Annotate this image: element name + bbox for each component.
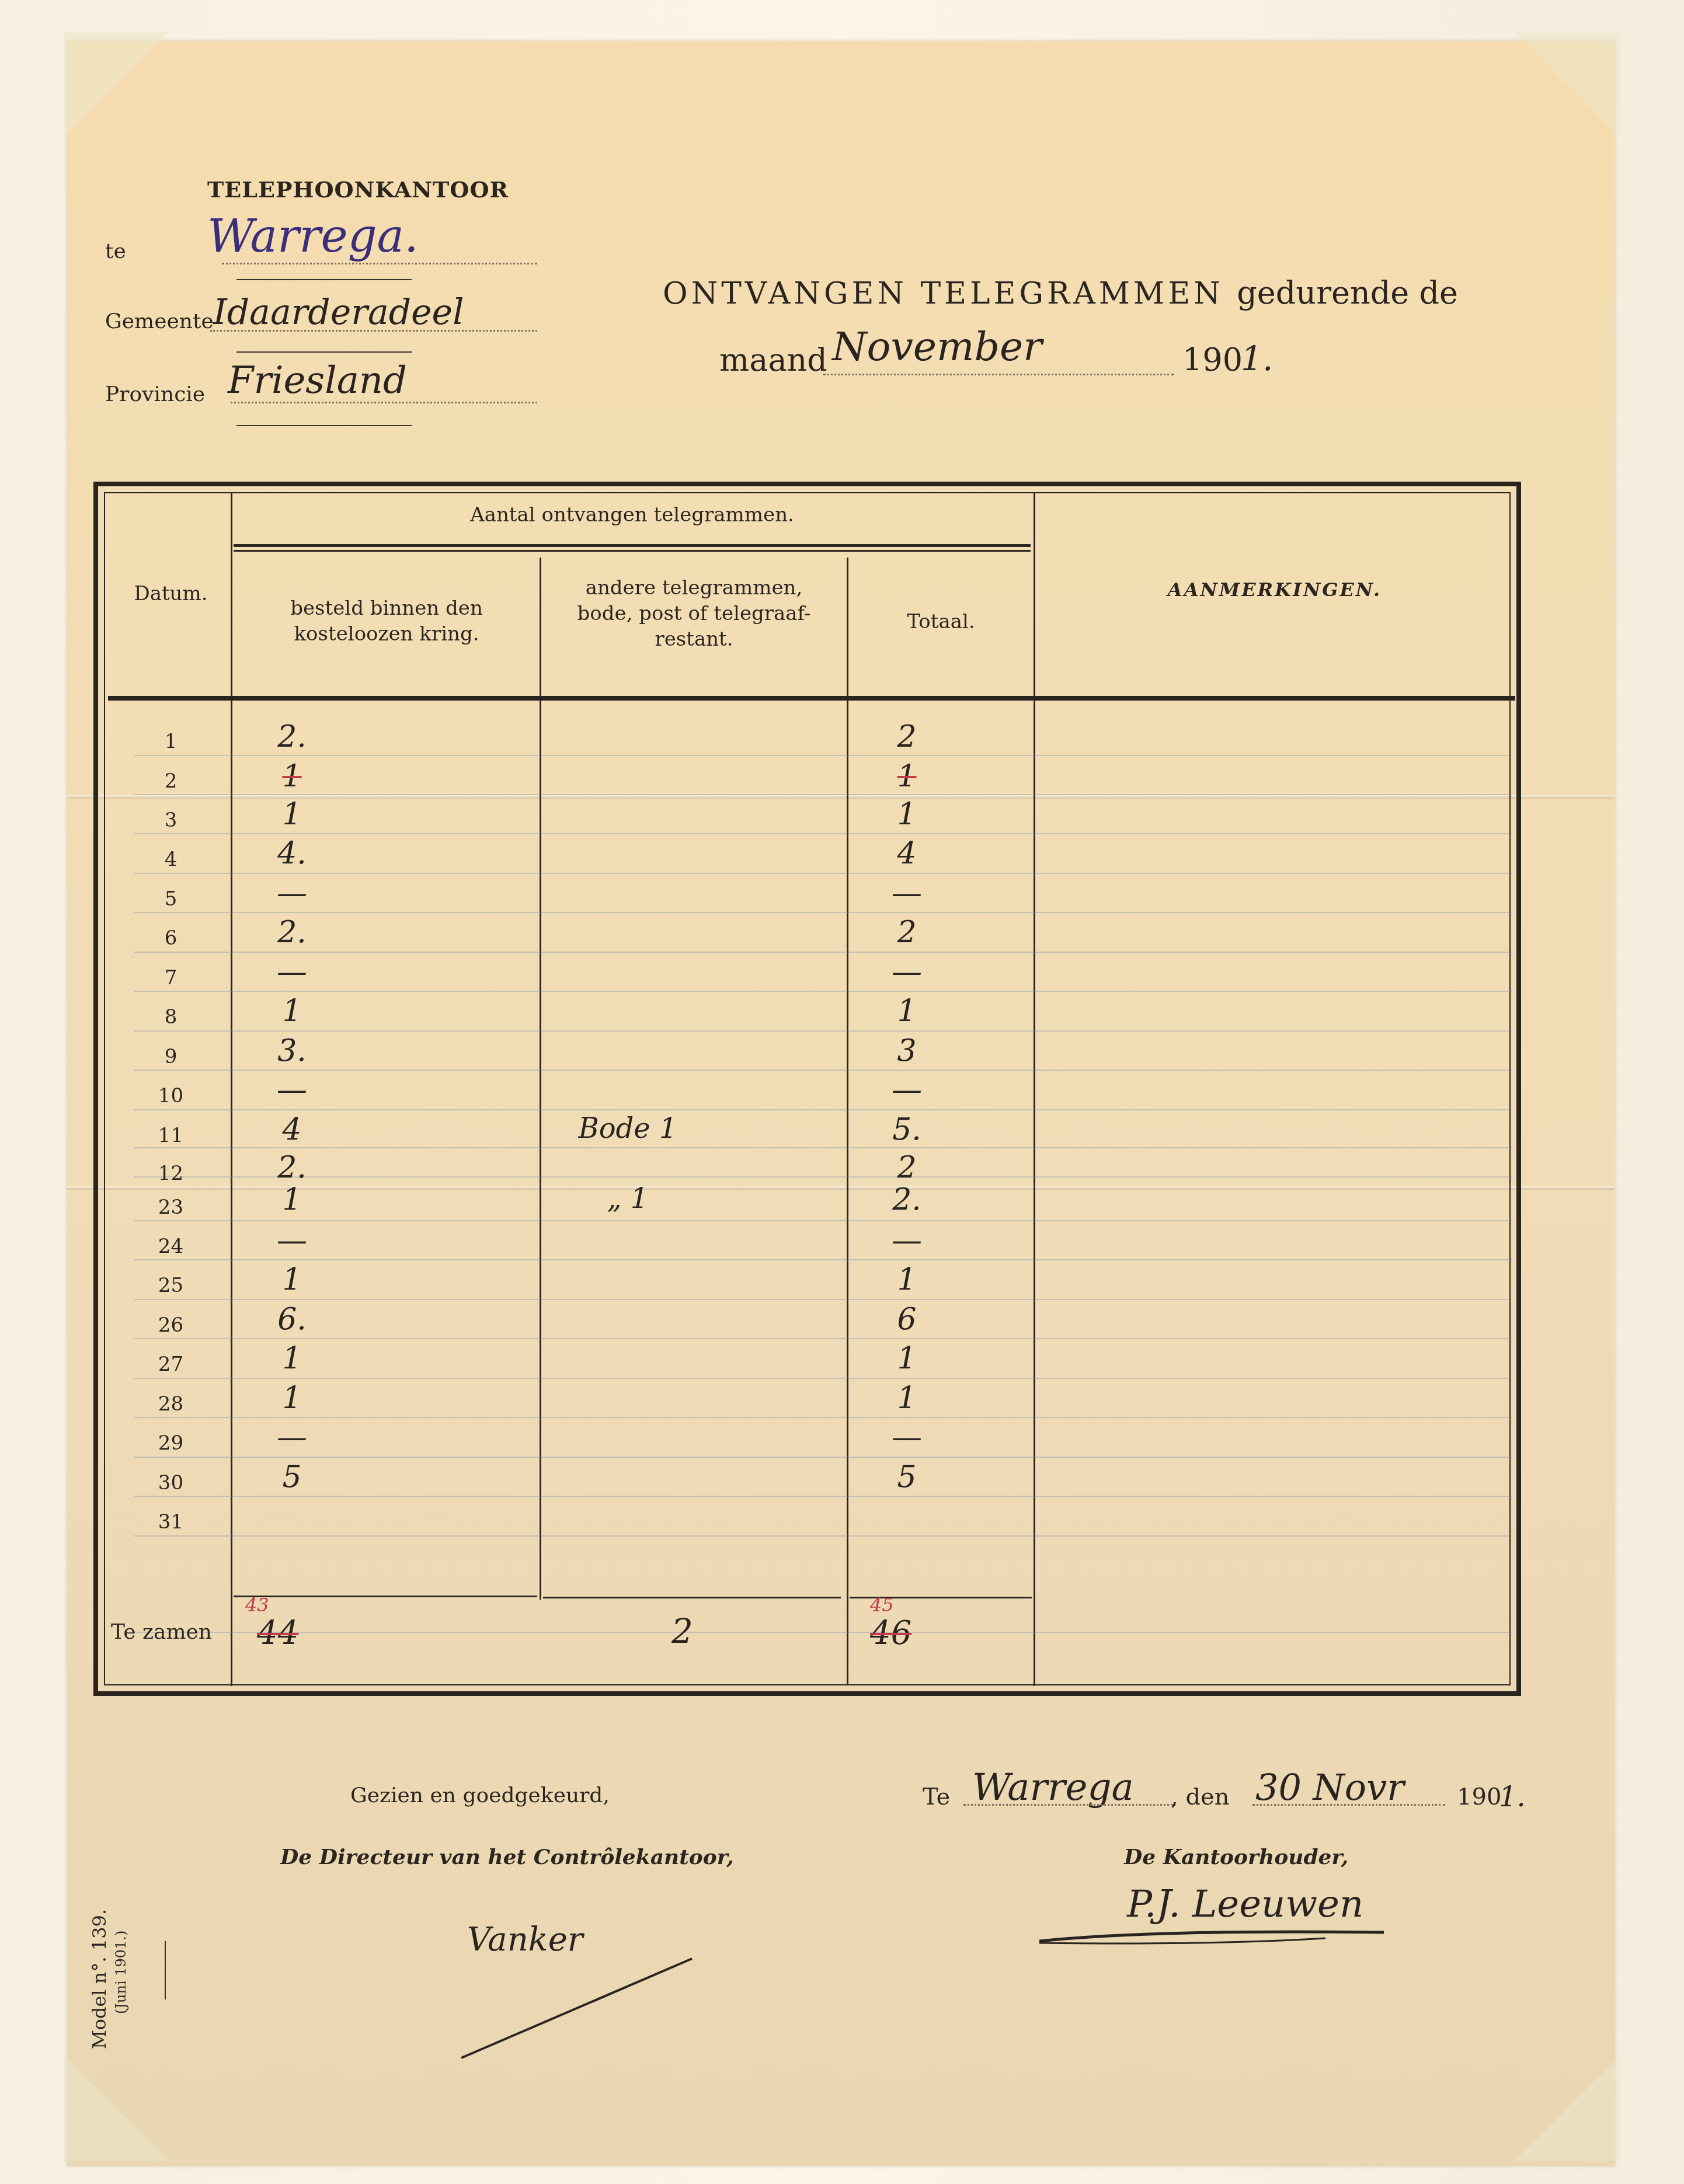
besteld-cell: 1: [234, 1381, 350, 1416]
totaal-cell: 4: [848, 836, 965, 871]
datum-cell: 2: [111, 769, 231, 793]
besteld-cell: 5: [234, 1460, 350, 1495]
ruled-line: [134, 1457, 1512, 1458]
separator-rule: [236, 425, 412, 426]
totaal-cell: 1: [848, 1262, 965, 1297]
totaal-cell: —: [848, 1420, 965, 1455]
ruled-line: [134, 1632, 1512, 1633]
datum-cell: 27: [111, 1353, 231, 1376]
provincie-label: Provincie: [105, 382, 205, 406]
datum-cell: 23: [111, 1196, 231, 1219]
col-header-andere-line2: bode, post of telegraaf-: [541, 601, 847, 626]
separator-rule: [236, 351, 412, 353]
besteld-cell: 2.: [234, 915, 350, 950]
col-header-totaal: Totaal.: [848, 609, 1034, 635]
totals-rule: [234, 1596, 537, 1597]
col-header-andere: andere telegrammen, bode, post of telegr…: [541, 575, 847, 653]
totaal-total-original: 46: [870, 1614, 911, 1652]
totaal-cell: 2: [848, 915, 965, 950]
ruled-line: [134, 1496, 1512, 1497]
ruled-line: [134, 1109, 1512, 1110]
totaal-cell: 2.: [848, 1182, 965, 1217]
ruled-line: [134, 873, 1512, 874]
date-value: 30 Novr: [1255, 1766, 1404, 1809]
totaal-cell: 1: [848, 994, 965, 1029]
separator-rule: [236, 279, 412, 280]
datum-cell: 9: [111, 1045, 231, 1068]
director-signature-stroke: [455, 1950, 701, 2067]
maand-label: maand: [719, 342, 827, 378]
ruled-line: [134, 1535, 1512, 1537]
besteld-total-corrected: 43: [245, 1594, 269, 1616]
besteld-cell: 2.: [234, 1150, 350, 1185]
year-suffix: 1.: [1241, 339, 1273, 378]
datum-cell: 31: [111, 1510, 231, 1534]
te-value: Warrega.: [207, 210, 419, 263]
totaal-cell: 2: [848, 719, 965, 754]
totaal-cell: —: [848, 1223, 965, 1258]
totals-label: Te zamen: [111, 1620, 212, 1644]
totaal-cell: —: [848, 955, 965, 990]
ruled-line: [134, 794, 1512, 795]
datum-cell: 12: [111, 1162, 231, 1185]
gemeente-dotline: [210, 330, 537, 332]
besteld-cell: 1: [234, 1262, 350, 1297]
divider-besteld: [540, 558, 541, 1600]
maand-value: November: [832, 324, 1042, 370]
divider-datum: [231, 492, 232, 1686]
besteld-cell: —: [234, 1223, 350, 1258]
place-value: Warrega: [972, 1766, 1134, 1809]
col-header-besteld-line1: besteld binnen den: [234, 595, 540, 621]
footer-year-prefix: 190: [1457, 1784, 1501, 1810]
group-header-rule: [234, 544, 1031, 547]
group-header: Aantal ontvangen telegrammen.: [234, 502, 1031, 528]
ruled-line: [134, 912, 1512, 913]
ruled-line: [134, 1147, 1512, 1148]
kantoorhouder-title: De Kantoorhouder,: [1124, 1845, 1348, 1869]
datum-cell: 25: [111, 1274, 231, 1297]
besteld-cell: 4.: [234, 836, 350, 871]
ruled-line: [134, 1259, 1512, 1260]
ruled-line: [134, 833, 1512, 834]
totaal-cell: 3: [848, 1033, 965, 1068]
totaal-cell: 5: [848, 1460, 965, 1495]
maand-dotline: [823, 374, 1174, 375]
col-header-datum: Datum.: [111, 581, 231, 607]
date-dotline: [1252, 1804, 1445, 1806]
den-label: , den: [1171, 1784, 1229, 1810]
ruled-line: [134, 755, 1512, 756]
te-label: te: [105, 239, 126, 263]
gemeente-value: Idaarderadeel: [213, 292, 464, 333]
te-dotline: [222, 263, 537, 264]
datum-cell: 3: [111, 809, 231, 832]
ruled-line: [134, 1299, 1512, 1300]
totaal-cell: 5.: [848, 1112, 965, 1147]
datum-cell: 24: [111, 1235, 231, 1258]
ruled-line: [134, 1030, 1512, 1032]
datum-cell: 1: [111, 730, 231, 753]
approved-label: Gezien en goedgekeurd,: [350, 1784, 610, 1807]
besteld-cell-struck: 1: [234, 759, 350, 794]
besteld-cell: —: [234, 1072, 350, 1107]
col-header-besteld-line2: kosteloozen kring.: [234, 621, 540, 647]
datum-cell: 7: [111, 966, 231, 990]
besteld-cell: —: [234, 876, 350, 911]
datum-cell: 10: [111, 1084, 231, 1107]
datum-cell: 6: [111, 926, 231, 950]
besteld-total-original: 44: [257, 1614, 298, 1652]
year-prefix: 190: [1182, 342, 1243, 378]
besteld-cell: 1: [234, 994, 350, 1029]
footer-year-suffix: 1.: [1499, 1781, 1526, 1813]
gemeente-label: Gemeente: [105, 309, 214, 333]
title-rest: gedurende de: [1237, 274, 1458, 311]
totaal-cell: —: [848, 1072, 965, 1107]
ruled-line: [134, 991, 1512, 992]
datum-cell: 30: [111, 1471, 231, 1495]
ruled-line: [134, 1220, 1512, 1221]
besteld-cell: 4: [234, 1112, 350, 1147]
place-label: Te: [923, 1784, 950, 1810]
andere-total: 2: [671, 1611, 693, 1651]
kantoorhouder-signature-flourish: [1034, 1915, 1396, 1950]
besteld-cell: 3.: [234, 1033, 350, 1068]
col-header-andere-line1: andere telegrammen,: [541, 575, 847, 601]
datum-cell: 5: [111, 887, 231, 911]
datum-cell: 11: [111, 1124, 231, 1147]
header-bottom-rule: [108, 696, 1515, 701]
totaal-cell-struck: 1: [848, 759, 965, 794]
totaal-cell: —: [848, 876, 965, 911]
model-number: Model n°. 139. (Juni 1901.): [88, 1909, 130, 2049]
group-header-rule-2: [234, 550, 1031, 552]
divider-totaal: [1034, 492, 1035, 1686]
totaal-total-corrected: 45: [870, 1594, 894, 1616]
title-caps: ONTVANGEN TELEGRAMMEN: [663, 276, 1224, 311]
document-title: ONTVANGEN TELEGRAMMEN gedurende de: [663, 274, 1458, 311]
totaal-cell: 2: [848, 1150, 965, 1185]
ruled-line: [134, 1378, 1512, 1379]
besteld-cell: —: [234, 955, 350, 990]
ruled-line: [134, 1338, 1512, 1339]
col-header-andere-line3: restant.: [541, 626, 847, 652]
provincie-value: Friesland: [228, 359, 407, 402]
office-label: TELEPHOONKANTOOR: [207, 176, 509, 203]
ruled-line: [134, 1417, 1512, 1418]
datum-cell: 28: [111, 1392, 231, 1416]
place-dotline: [963, 1804, 1174, 1806]
ruled-line: [134, 952, 1512, 953]
director-title: De Directeur van het Contrôlekantoor,: [280, 1845, 734, 1869]
col-header-besteld: besteld binnen den kosteloozen kring.: [234, 595, 540, 647]
datum-cell: 4: [111, 848, 231, 871]
provincie-dotline: [231, 402, 537, 403]
totaal-cell: 6: [848, 1302, 965, 1337]
totals-rule: [543, 1597, 841, 1598]
datum-cell: 8: [111, 1005, 231, 1029]
model-no: Model n°. 139.: [88, 1909, 112, 2049]
andere-cell: Bode 1: [546, 1112, 709, 1145]
besteld-cell: 1: [234, 1341, 350, 1376]
totaal-cell: 1: [848, 797, 965, 832]
ruled-line: [134, 1070, 1512, 1071]
col-header-aanmerkingen: AANMERKINGEN.: [1035, 578, 1514, 602]
datum-cell: 29: [111, 1431, 231, 1455]
datum-cell: 26: [111, 1314, 231, 1337]
besteld-cell: —: [234, 1420, 350, 1455]
totaal-cell: 1: [848, 1381, 965, 1416]
andere-cell: „ 1: [546, 1182, 709, 1215]
besteld-cell: 6.: [234, 1302, 350, 1337]
totaal-cell: 1: [848, 1341, 965, 1376]
model-date: (Juni 1901.): [112, 1909, 130, 2049]
besteld-cell: 1: [234, 1182, 350, 1217]
besteld-cell: 2.: [234, 719, 350, 754]
besteld-cell: 1: [234, 797, 350, 832]
model-rule: [165, 1941, 166, 2000]
